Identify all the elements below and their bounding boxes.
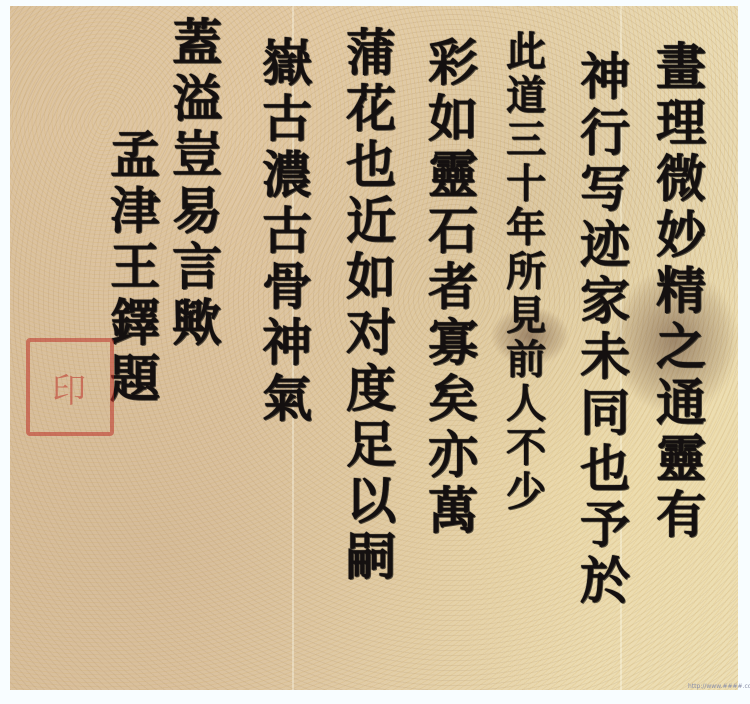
calligraphy-character: 古 — [262, 206, 312, 262]
calligraphy-column-7: 蓋溢豈易言歟 — [172, 18, 222, 354]
calligraphy-character: 萬 — [428, 486, 478, 542]
calligraphy-character: 題 — [110, 354, 160, 410]
calligraphy-character: 者 — [428, 262, 478, 318]
calligraphy-character: 蓋 — [172, 18, 222, 74]
calligraphy-character: 氣 — [262, 374, 312, 430]
calligraphy-character: 写 — [580, 164, 630, 220]
calligraphy-character: 豈 — [172, 130, 222, 186]
calligraphy-character: 所 — [506, 252, 546, 296]
calligraphy-character: 妙 — [656, 210, 706, 266]
calligraphy-character: 少 — [506, 472, 546, 516]
calligraphy-character: 前 — [506, 340, 546, 384]
calligraphy-character: 十 — [506, 164, 546, 208]
calligraphy-character: 如 — [428, 94, 478, 150]
calligraphy-character: 濃 — [262, 150, 312, 206]
calligraphy-character: 度 — [346, 364, 396, 420]
calligraphy-character: 对 — [346, 308, 396, 364]
calligraphy-character: 靈 — [428, 150, 478, 206]
calligraphy-character: 花 — [346, 84, 396, 140]
seal-text: 印 — [52, 363, 88, 412]
calligraphy-character: 於 — [580, 556, 630, 612]
calligraphy-character: 也 — [346, 140, 396, 196]
calligraphy-character: 通 — [656, 378, 706, 434]
calligraphy-character: 溢 — [172, 74, 222, 130]
calligraphy-character: 畫 — [656, 42, 706, 98]
calligraphy-character: 年 — [506, 208, 546, 252]
calligraphy-character: 迹 — [580, 220, 630, 276]
calligraphy-character: 鐸 — [110, 298, 160, 354]
calligraphy-character: 三 — [506, 120, 546, 164]
calligraphy-character: 微 — [656, 154, 706, 210]
calligraphy-character: 易 — [172, 186, 222, 242]
calligraphy-character: 如 — [346, 252, 396, 308]
calligraphy-character: 理 — [656, 98, 706, 154]
calligraphy-character: 古 — [262, 94, 312, 150]
calligraphy-column-1: 畫理微妙精之通靈有 — [656, 42, 706, 546]
calligraphy-character: 嗣 — [346, 532, 396, 588]
calligraphy-character: 以 — [346, 476, 396, 532]
calligraphy-character: 同 — [580, 388, 630, 444]
calligraphy-column-2: 神行写迹家未同也予於 — [580, 52, 630, 612]
calligraphy-character: 蒲 — [346, 28, 396, 84]
calligraphy-character: 精 — [656, 266, 706, 322]
watermark-text: http://www.####.com — [688, 683, 750, 690]
calligraphy-character: 神 — [580, 52, 630, 108]
calligraphy-character: 彩 — [428, 38, 478, 94]
calligraphy-column-6: 嶽古濃古骨神氣 — [262, 38, 312, 430]
calligraphy-character: 之 — [656, 322, 706, 378]
calligraphy-character: 靈 — [656, 434, 706, 490]
red-seal-stamp: 印 — [26, 338, 114, 436]
calligraphy-character: 近 — [346, 196, 396, 252]
calligraphy-character: 津 — [110, 186, 160, 242]
calligraphy-column-3: 此道三十年所見前人不少 — [506, 32, 546, 516]
calligraphy-character: 人 — [506, 384, 546, 428]
calligraphy-character: 道 — [506, 76, 546, 120]
calligraphy-character: 石 — [428, 206, 478, 262]
calligraphy-column-8-signature: 孟津王鐸題 — [110, 130, 160, 410]
calligraphy-character: 矣 — [428, 374, 478, 430]
calligraphy-character: 孟 — [110, 130, 160, 186]
calligraphy-character: 亦 — [428, 430, 478, 486]
calligraphy-character: 寡 — [428, 318, 478, 374]
calligraphy-character: 言 — [172, 242, 222, 298]
calligraphy-character: 不 — [506, 428, 546, 472]
calligraphy-character: 足 — [346, 420, 396, 476]
calligraphy-character: 此 — [506, 32, 546, 76]
calligraphy-character: 有 — [656, 490, 706, 546]
calligraphy-character: 骨 — [262, 262, 312, 318]
calligraphy-character: 神 — [262, 318, 312, 374]
calligraphy-character: 見 — [506, 296, 546, 340]
calligraphy-character: 王 — [110, 242, 160, 298]
calligraphy-character: 也 — [580, 444, 630, 500]
calligraphy-character: 嶽 — [262, 38, 312, 94]
calligraphy-column-5: 蒲花也近如对度足以嗣 — [346, 28, 396, 588]
calligraphy-column-4: 彩如靈石者寡矣亦萬 — [428, 38, 478, 542]
calligraphy-character: 未 — [580, 332, 630, 388]
calligraphy-character: 歟 — [172, 298, 222, 354]
calligraphy-character: 家 — [580, 276, 630, 332]
calligraphy-character: 行 — [580, 108, 630, 164]
calligraphy-character: 予 — [580, 500, 630, 556]
